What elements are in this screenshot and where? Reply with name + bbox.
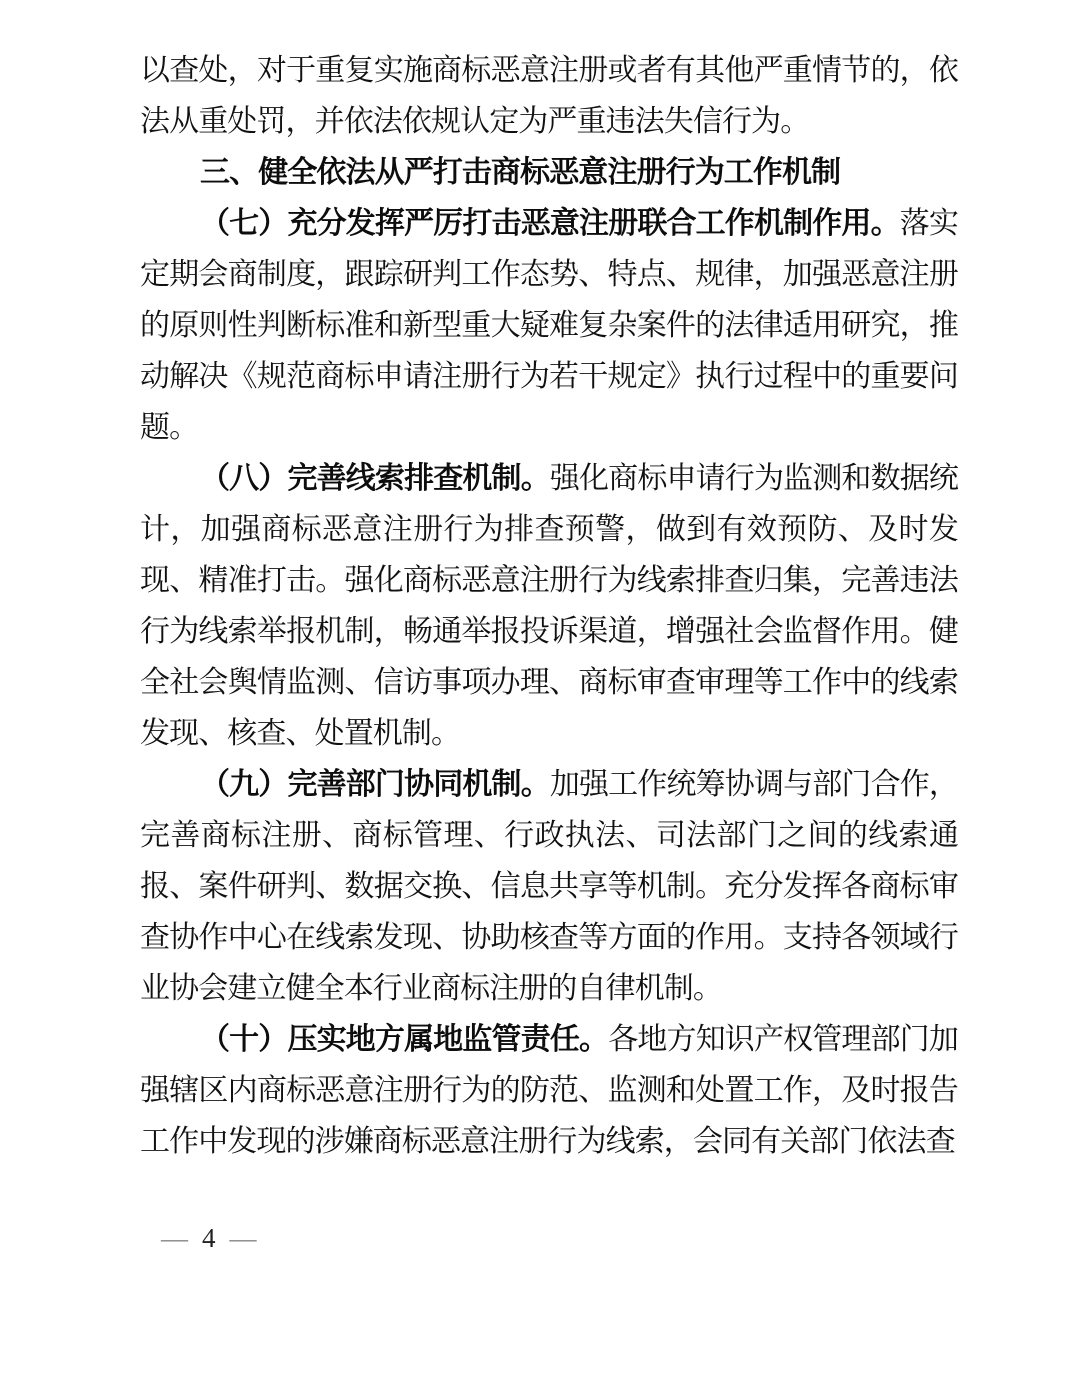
item-8-lead: （八）完善线索排查机制。 (200, 462, 550, 495)
page-number: 4 (202, 1223, 216, 1253)
document-body: 以查处，对于重复实施商标恶意注册或者有其他严重情节的，依法从重处罚，并依法依规认… (140, 45, 958, 1167)
paragraph-item-8: （八）完善线索排查机制。强化商标申请行为监测和数据统计，加强商标恶意注册行为排查… (140, 453, 958, 759)
paragraph-item-7: （七）充分发挥严厉打击恶意注册联合工作机制作用。落实定期会商制度，跟踪研判工作态… (140, 198, 958, 453)
page-footer: —4— (161, 1221, 257, 1255)
item-9-lead: （九）完善部门协同机制。 (200, 768, 550, 801)
footer-dash-right: — (230, 1223, 257, 1253)
document-page: 以查处，对于重复实施商标恶意注册或者有其他严重情节的，依法从重处罚，并依法依规认… (0, 0, 1080, 1374)
paragraph-item-10: （十）压实地方属地监管责任。各地方知识产权管理部门加强辖区内商标恶意注册行为的防… (140, 1014, 958, 1167)
paragraph-item-9: （九）完善部门协同机制。加强工作统筹协调与部门合作，完善商标注册、商标管理、行政… (140, 759, 958, 1014)
item-8-body: 强化商标申请行为监测和数据统计，加强商标恶意注册行为排查预警，做到有效预防、及时… (140, 462, 958, 750)
section-heading: 三、健全依法从严打击商标恶意注册行为工作机制 (140, 147, 958, 198)
item-10-lead: （十）压实地方属地监管责任。 (200, 1023, 608, 1056)
footer-dash-left: — (161, 1223, 188, 1253)
item-9-body: 加强工作统筹协调与部门合作，完善商标注册、商标管理、行政执法、司法部门之间的线索… (140, 768, 958, 1005)
item-7-lead: （七）充分发挥严厉打击恶意注册联合工作机制作用。 (200, 207, 900, 240)
paragraph-continuation: 以查处，对于重复实施商标恶意注册或者有其他严重情节的，依法从重处罚，并依法依规认… (140, 45, 958, 147)
item-7-body: 落实定期会商制度，跟踪研判工作态势、特点、规律，加强恶意注册的原则性判断标准和新… (140, 207, 958, 444)
